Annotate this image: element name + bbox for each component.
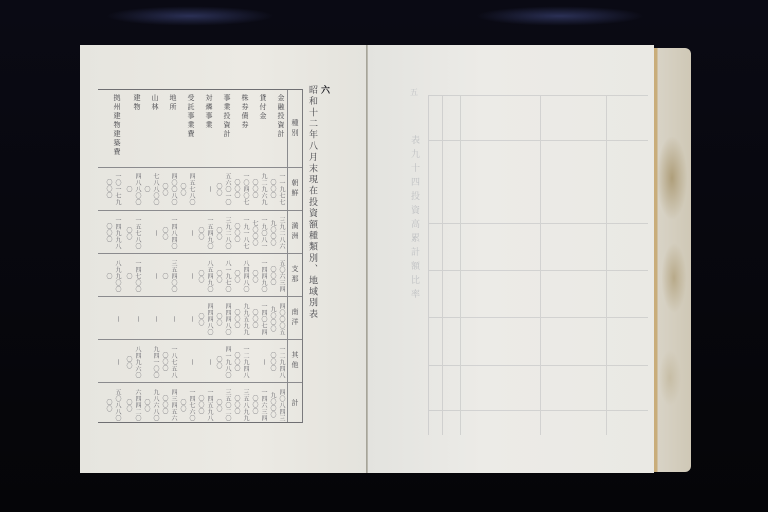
faint-page-marker: 五 — [410, 87, 418, 98]
row-label: 受託事業費 — [178, 94, 196, 164]
header-region: 支那 — [288, 253, 302, 296]
data-cell: 四五七八〇〇〇 — [178, 170, 196, 208]
region-band-4: 一二九四八〇〇〇 — 一二九四八〇〇〇 四一九八〇〇〇 — — 一八七五八〇〇〇… — [98, 339, 288, 382]
data-cell: 一四四九〇〇〇 — [250, 257, 268, 295]
data-cell: 四一九八〇〇〇 — [214, 343, 232, 381]
data-cell: — — [142, 300, 160, 338]
data-cell: 四〇〇八〇〇〇 — [160, 170, 178, 208]
data-cell: — — [104, 343, 122, 381]
data-cell: — — [178, 214, 196, 252]
data-cell: — — [142, 214, 160, 252]
header-region: 其他 — [288, 339, 302, 382]
data-cell: 一五四九〇〇〇 — [196, 214, 214, 252]
data-cell: 一二九四八〇〇〇 — [232, 343, 250, 381]
data-cell: 三九二八〇〇〇 — [214, 214, 232, 252]
data-cell: 八四四八〇〇〇 — [232, 257, 250, 295]
page-fore-edge — [654, 48, 691, 472]
data-cell: 一八七五八〇〇〇 — [160, 343, 178, 381]
data-cell: 一五七八〇〇〇 — [124, 214, 142, 252]
row-label: 株券債券 — [232, 94, 250, 164]
data-cell: 一四五九八〇〇〇 — [196, 386, 214, 424]
data-cell: 七八八〇〇〇 — [142, 170, 160, 208]
data-cell: — — [124, 300, 142, 338]
region-band-1: 三九二八六九〇〇〇 一九〇八一七〇〇〇 一九一八七〇〇〇 三九二八〇〇〇 一五四… — [98, 210, 288, 253]
header-region: 朝鮮 — [288, 167, 302, 210]
data-cell: 一四七〇〇〇 — [124, 257, 142, 295]
data-cell: 八五四九〇〇〇 — [196, 257, 214, 295]
data-cell: — — [142, 257, 160, 295]
data-cell: 一四九九八〇〇〇 — [104, 214, 122, 252]
data-cell: 四三四五六〇〇〇 — [160, 386, 178, 424]
row-label: 貸付金 — [250, 94, 268, 164]
table-header-column: 種別 朝鮮 満洲 支那 南洋 其他 計 — [287, 90, 302, 422]
data-cell: 九八六八〇〇〇 — [142, 386, 160, 424]
data-cell: 五〇六三四〇〇〇 — [268, 257, 286, 295]
data-cell: — — [178, 343, 196, 381]
data-cell: — — [104, 300, 122, 338]
row-label: 拠州建物建築費 — [104, 94, 122, 164]
region-band-2: 五〇六三四〇〇〇 一四四九〇〇〇 八四四八〇〇〇 八一九七〇〇〇 八五四九〇〇〇… — [98, 253, 288, 296]
data-cell: — — [178, 257, 196, 295]
data-cell: 八一九七〇〇〇 — [214, 257, 232, 295]
row-labels: 金融投資計 貸付金 株券債券 事業投資計 対燐事業 受託事業費 地所 山林 建物… — [98, 90, 288, 168]
data-cell: 九二九六九〇〇〇 — [250, 170, 268, 208]
data-cell: 三五〇二〇〇〇 — [214, 386, 232, 424]
data-cell: 三九二八六九〇〇〇 — [268, 214, 286, 252]
row-label: 地所 — [160, 94, 178, 164]
data-cell: 一二九四八〇〇〇 — [268, 343, 286, 381]
data-cell: 六四四二〇〇〇 — [124, 386, 142, 424]
data-cell: 九九五九九〇〇〇 — [232, 300, 250, 338]
data-cell: 五〇八八〇〇〇 — [104, 386, 122, 424]
data-cell: — — [160, 300, 178, 338]
data-cell: 八九九〇〇〇 — [104, 257, 122, 295]
region-band-3: 四〇〇〇五九〇〇〇 一四〇七四〇〇〇 九九五九九〇〇〇 四四四八〇〇〇 四四四八… — [98, 296, 288, 339]
data-cell: 四四四八〇〇〇 — [196, 300, 214, 338]
data-cell: 一四〇七四〇〇〇 — [250, 300, 268, 338]
data-cell: — — [250, 343, 268, 381]
header-region: 計 — [288, 382, 302, 424]
section-number: 六 — [318, 85, 330, 314]
data-cell: 一〇四〇七〇〇〇 — [232, 170, 250, 208]
table-title: 六 昭和十二年八月末現在投資額種類別、地域別表 — [306, 85, 330, 320]
data-cell: 一一九七七〇〇〇 — [268, 170, 286, 208]
region-band-0: 一一九七七〇〇〇 九二九六九〇〇〇 一〇四〇七〇〇〇 五六〇一〇〇〇 — 四五七… — [98, 167, 288, 210]
header-region: 南洋 — [288, 296, 302, 339]
data-cell: 三五八九九〇〇〇 — [232, 386, 250, 424]
data-cell: 四〇〇〇五九〇〇〇 — [268, 300, 286, 338]
row-label: 対燐事業 — [196, 94, 214, 164]
faint-show-through-title: 表九十四投資高累計額比率 — [408, 135, 421, 303]
row-label: 建物 — [124, 94, 142, 164]
show-through-grid — [428, 95, 648, 435]
data-cell: 四四四八〇〇〇 — [214, 300, 232, 338]
data-cell: 一九一八七〇〇〇 — [232, 214, 250, 252]
data-cell: — — [196, 170, 214, 208]
data-cell: — — [178, 300, 196, 338]
data-cell: 四〇八四三九〇〇〇 — [268, 386, 286, 424]
data-cell: 一〇一七九〇〇〇 — [104, 170, 122, 208]
header-type: 種別 — [288, 90, 302, 167]
data-cell: 三五四〇〇〇 — [160, 257, 178, 295]
data-cell: 一四八四〇〇〇 — [160, 214, 178, 252]
data-cell: 九四一〇〇 — [142, 343, 160, 381]
left-page: 六 昭和十二年八月末現在投資額種類別、地域別表 種別 朝鮮 満洲 支那 南洋 其… — [80, 45, 367, 473]
right-page: 五 表九十四投資高累計額比率 — [368, 45, 654, 473]
data-cell: — — [196, 343, 214, 381]
investment-table: 種別 朝鮮 満洲 支那 南洋 其他 計 金融投資計 貸付金 株券債券 事業投資計… — [98, 89, 303, 423]
data-cell: 八四九六〇〇〇 — [124, 343, 142, 381]
data-cell: 四八八〇〇〇 — [124, 170, 142, 208]
row-label: 山林 — [142, 94, 160, 164]
header-region: 満洲 — [288, 210, 302, 253]
data-cell: 一四七六〇〇〇 — [178, 386, 196, 424]
data-cell: 一九〇八一七〇〇〇 — [250, 214, 268, 252]
title-text: 昭和十二年八月末現在投資額種類別、地域別表 — [307, 85, 317, 320]
data-cell: 五六〇一〇〇〇 — [214, 170, 232, 208]
data-cell: 一四六三四〇〇〇 — [250, 386, 268, 424]
region-band-5-total: 四〇八四三九〇〇〇 一四六三四〇〇〇 三五八九九〇〇〇 三五〇二〇〇〇 一四五九… — [98, 382, 288, 425]
row-label: 金融投資計 — [268, 94, 286, 164]
row-label: 事業投資計 — [214, 94, 232, 164]
